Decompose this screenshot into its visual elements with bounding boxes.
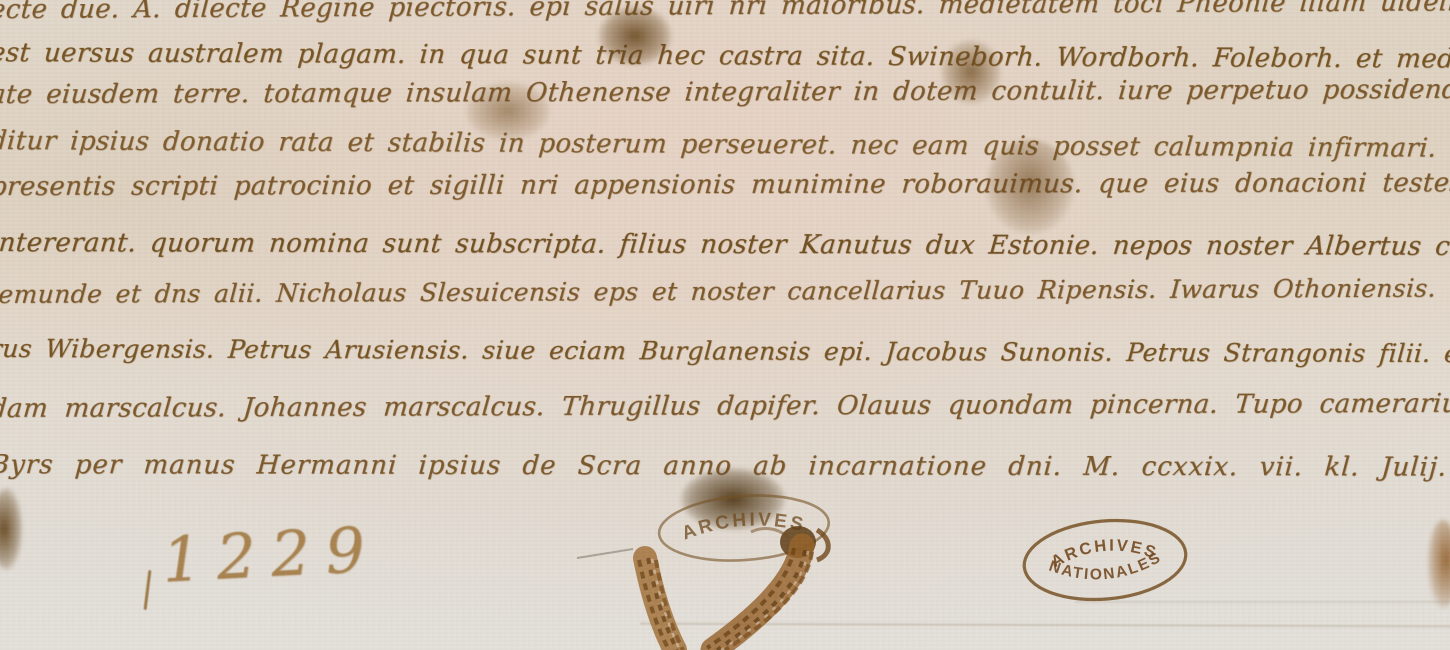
seal-cords	[555, 518, 895, 650]
ink-blot	[1428, 520, 1450, 608]
manuscript-line: presentis scripti patrocinio et sigilli …	[0, 168, 1450, 202]
stamp-text-nationales: NATIONALES	[1045, 548, 1166, 588]
seal-cord-right	[707, 526, 828, 650]
manuscript-line: Byrs per manus Hermanni ipsius de Scra a…	[0, 450, 1450, 483]
manuscript-line: ecte due. A. dilecte Regine piectoris. e…	[0, 0, 1450, 25]
svg-text:ARCHIVES: ARCHIVES	[1047, 532, 1162, 572]
stamp-text-archives: ARCHIVES	[1047, 532, 1162, 572]
manuscript-line: ditur ipsius donatio rata et stabilis in…	[0, 126, 1450, 164]
archives-stamp-text: ARCHIVES	[678, 505, 809, 544]
manuscript-line: est uersus australem plagam. in qua sunt…	[0, 38, 1450, 74]
svg-text:NATIONALES: NATIONALES	[1045, 548, 1166, 588]
fold-line	[1075, 601, 1450, 603]
manuscript-line: dam marscalcus. Johannes marscalcus. Thr…	[0, 389, 1450, 424]
svg-text:ARCHIVES: ARCHIVES	[678, 505, 809, 544]
archives-nationales-stamp: ARCHIVES NATIONALES	[1014, 508, 1195, 613]
fold-line	[640, 623, 1450, 628]
archives-stamp: ARCHIVES	[650, 485, 839, 574]
ink-blot	[0, 488, 22, 570]
year-annotation: 1229	[160, 512, 381, 596]
pencil-mark	[577, 549, 633, 558]
manuscript-line: rus Wibergensis. Petrus Arusiensis. siue…	[0, 334, 1450, 368]
manuscript-photo: ecte due. A. dilecte Regine piectoris. e…	[0, 0, 1450, 650]
seal-cord-left	[639, 558, 683, 650]
manuscript-line: lemunde et dns alii. Nicholaus Slesuicen…	[0, 274, 1450, 309]
pen-tick-mark	[144, 570, 152, 610]
manuscript-line: intererant. quorum nomina sunt subscript…	[0, 228, 1450, 262]
manuscript-line: ate eiusdem terre. totamque insulam Othe…	[0, 75, 1450, 110]
